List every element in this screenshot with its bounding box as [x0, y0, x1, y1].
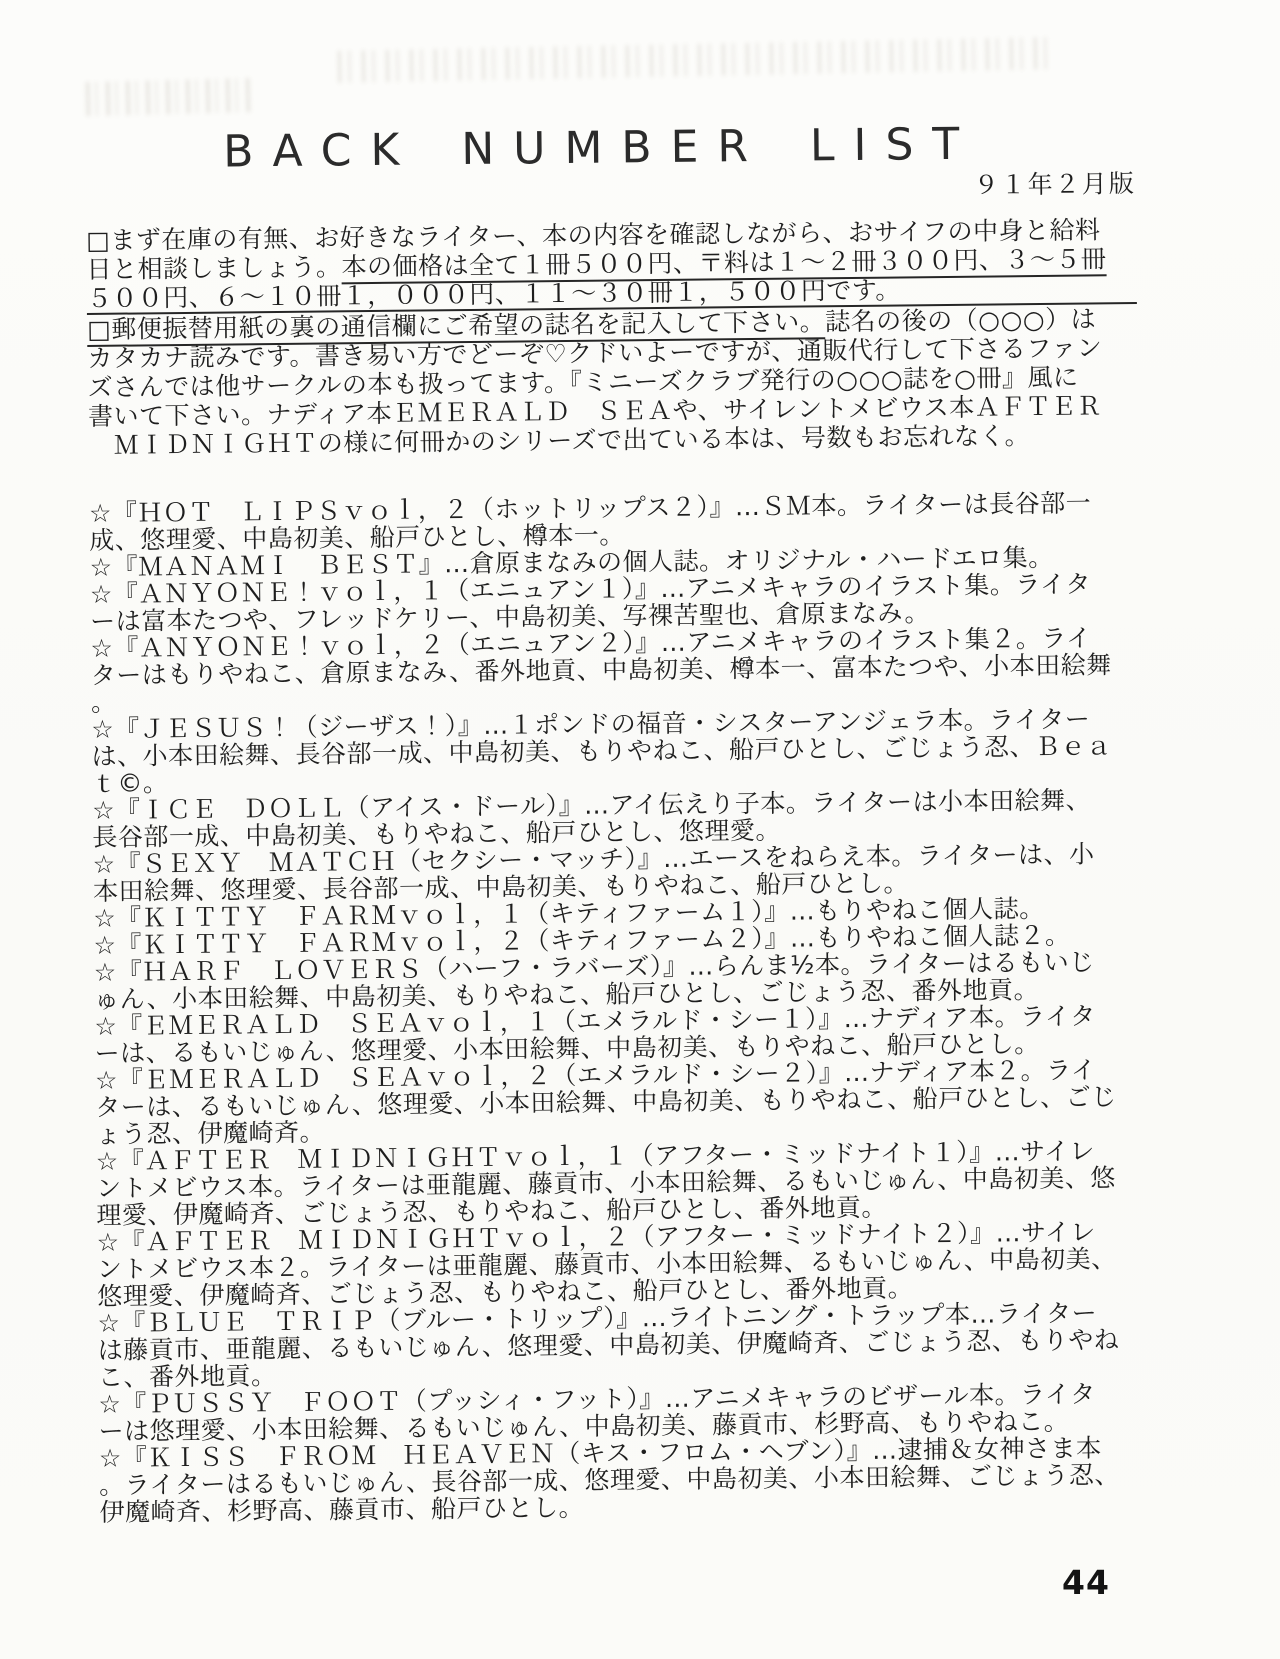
list-item: ☆『ＫＩＳＳ ＦＲＯＭ ＨＥＡＶＥＮ（キス・フロム・ヘブン）』…逮捕＆女神さま本…	[99, 1434, 1150, 1526]
list-item: ☆『ＡＦＴＥＲ ＭＩＤＮＩＧＨＴｖｏｌ，２（アフター・ミッドナイト２）』…サイレ…	[97, 1218, 1148, 1310]
list-item: ☆『ＢＬＵＥ ＴＲＩＰ（ブルー・トリップ）』…ライトニング・トラップ本…ライター…	[97, 1299, 1148, 1391]
plain-text: 誌名の後の（○○○）は	[825, 304, 1096, 336]
bleedthrough-mark	[338, 37, 1050, 83]
bleedthrough-mark	[86, 78, 255, 116]
page-number: 44	[1062, 1563, 1110, 1602]
scanned-page: BACK NUMBER LIST ９１年２月版 □まず在庫の有無、お好きなライタ…	[0, 0, 1280, 1659]
page-title: BACK NUMBER LIST	[223, 117, 1135, 179]
list-item: ☆『ＡＮＹＯＮＥ！ｖｏｌ，２（エニュアン２）』…アニメキャラのイラスト集２。ライ…	[90, 624, 1141, 716]
list-item: ☆『ＪＥＳＵＳ！（ジーザス！）』…１ポンドの福音・シスターアンジェラ本。ライター…	[91, 705, 1142, 797]
backnumber-list: ☆『ＨＯＴ ＬＩＰＳｖｏｌ，２（ホットリップス２）』…ＳＭ本。ライターは長谷部一…	[89, 489, 1150, 1526]
plain-text: 日と相談しましょう。	[86, 252, 341, 284]
intro-block: □まず在庫の有無、お好きなライター、本の内容を確認しながら、おサイフの中身と給料…	[86, 215, 1138, 460]
list-item: ☆『ＡＦＴＥＲ ＭＩＤＮＩＧＨＴｖｏｌ，１（アフター・ミッドナイト１）』…サイレ…	[96, 1137, 1147, 1229]
page-content: BACK NUMBER LIST ９１年２月版 □まず在庫の有無、お好きなライタ…	[85, 117, 1150, 1526]
list-item: ☆『ＥＭＥＲＡＬＤ ＳＥＡｖｏｌ，２（エメラルド・シー２）』…ナディア本２。ライ…	[95, 1056, 1146, 1148]
